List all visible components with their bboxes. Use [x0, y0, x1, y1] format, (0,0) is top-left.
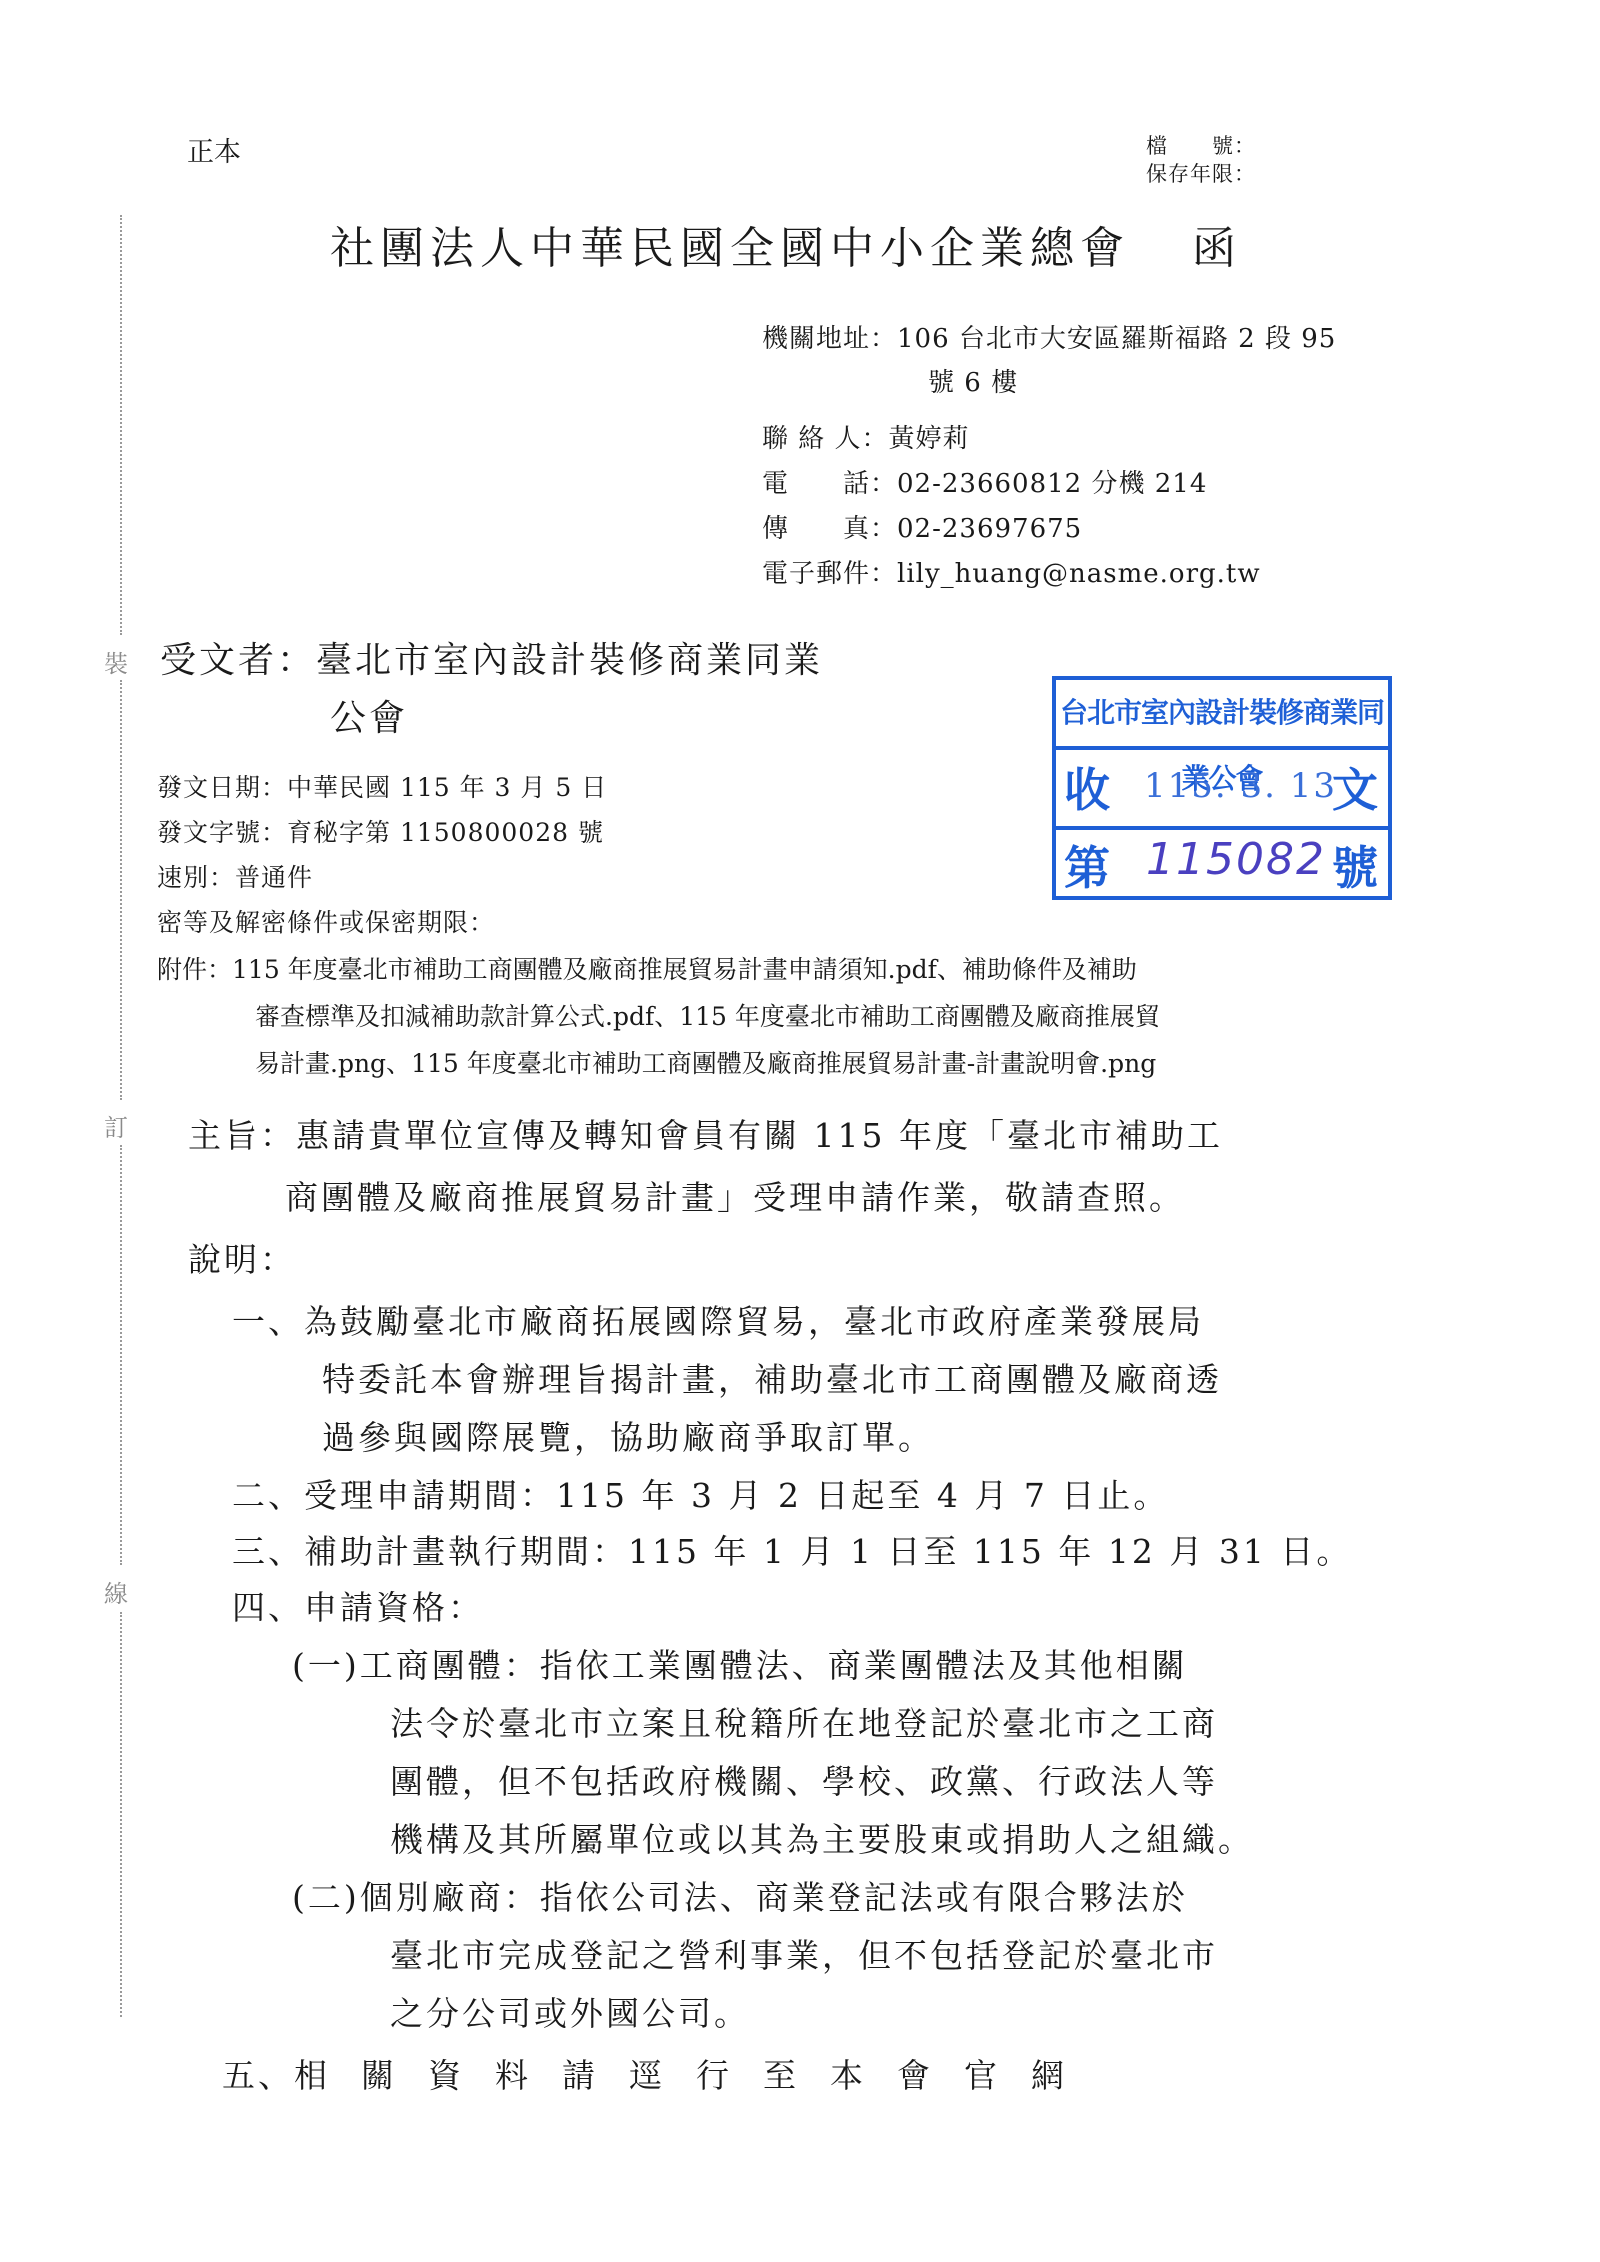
binding-line-segment: [120, 1612, 122, 2017]
attachments-row: 附件：115 年度臺北市補助工商團體及廠商推展貿易計畫申請須知.pdf、補助條件…: [157, 950, 1137, 986]
attachments-line[interactable]: 審查標準及扣減補助款計算公式.pdf、115 年度臺北市補助工商團體及廠商推展貿: [255, 997, 1160, 1033]
item-text: 相關資料請逕行至本會官網: [294, 2056, 1098, 2095]
stamp-number-row: 第 115082 號: [1056, 826, 1388, 896]
stamp-no-prefix: 第: [1064, 832, 1110, 898]
address-value: 106 台北市大安區羅斯福路 2 段 95: [897, 324, 1336, 354]
item-number: 一、: [232, 1302, 304, 1341]
sub-item-text: 臺北市完成登記之營利事業，但不包括登記於臺北市: [390, 1930, 1218, 1977]
attachments-label: 附件：: [157, 955, 232, 984]
sub-item-text: 個別廠商：指依公司法、商業登記法或有限合夥法於: [360, 1878, 1188, 1917]
binding-line-segment: [120, 680, 122, 1100]
explanation-label: 說明：: [188, 1234, 296, 1281]
binding-mark-ding: 訂: [104, 1108, 128, 1143]
address-label: 機關地址：: [762, 324, 897, 354]
sub-item-row: (一)工商團體：指依工業團體法、商業團體法及其他相關: [292, 1640, 1188, 1687]
fax-row: 傳 真：02-23697675: [762, 508, 1082, 545]
binding-mark-zhuang: 裝: [104, 644, 128, 679]
email-value[interactable]: lily_huang@nasme.org.tw: [897, 559, 1261, 589]
explanation-item-3: 三、補助計畫執行期間：115 年 1 月 1 日至 115 年 12 月 31 …: [232, 1526, 1352, 1573]
address-line2: 號 6 樓: [928, 362, 1018, 399]
document-title: 社團法人中華民國全國中小企業總會 函: [330, 212, 1242, 276]
item-text: 特委託本會辦理旨揭計畫，補助臺北市工商團體及廠商透: [322, 1354, 1222, 1401]
binding-mark-xian: 線: [104, 1574, 128, 1609]
stamp-organization: 台北市室內設計裝修商業同業公會: [1056, 680, 1388, 750]
sub-item-text: 機構及其所屬單位或以其為主要股東或捐助人之組織。: [390, 1814, 1254, 1861]
attachments-line[interactable]: 115 年度臺北市補助工商團體及廠商推展貿易計畫申請須知.pdf、補助條件及補助: [232, 955, 1137, 984]
sub-item-text: 之分公司或外國公司。: [390, 1988, 750, 2035]
phone-label: 電 話：: [762, 469, 897, 499]
receiver-label: 受文者：: [160, 640, 316, 681]
subject-row: 主旨：惠請貴單位宣傳及轉知會員有關 115 年度「臺北市補助工: [188, 1110, 1223, 1157]
file-number-label: 檔 號：: [1146, 132, 1256, 160]
contact-value: 黃婷莉: [889, 424, 970, 454]
contact-label: 聯 絡 人：: [762, 424, 889, 454]
item-number: 五、: [222, 2056, 294, 2095]
attachments-line[interactable]: 易計畫.png、115 年度臺北市補助工商團體及廠商推展貿易計畫-計畫說明會.p…: [255, 1044, 1156, 1080]
address-row: 機關地址：106 台北市大安區羅斯福路 2 段 95: [762, 318, 1336, 355]
item-text: 申請資格：: [304, 1588, 484, 1627]
issue-date: 發文日期：中華民國 115 年 3 月 5 日: [157, 768, 607, 804]
item-text: 補助計畫執行期間：115 年 1 月 1 日至 115 年 12 月 31 日。: [304, 1532, 1352, 1571]
item-text: 受理申請期間：115 年 3 月 2 日起至 4 月 7 日止。: [304, 1476, 1169, 1515]
stamp-received-char: 收: [1064, 754, 1110, 820]
document-type: 函: [1192, 223, 1242, 274]
receiver-row: 受文者：臺北市室內設計裝修商業同業: [160, 632, 823, 683]
item-number: 四、: [232, 1588, 304, 1627]
sub-item-number: (一): [292, 1646, 360, 1685]
delivery-speed: 速別：普通件: [157, 858, 313, 894]
secrecy-level: 密等及解密條件或保密期限：: [157, 903, 495, 939]
sub-item-text: 工商團體：指依工業團體法、商業團體法及其他相關: [360, 1646, 1188, 1685]
email-label: 電子郵件：: [762, 559, 897, 589]
copy-type-label: 正本: [187, 130, 241, 169]
item-number: 三、: [232, 1532, 304, 1571]
issue-number: 發文字號：育秘字第 1150800028 號: [157, 813, 604, 849]
item-text: 為鼓勵臺北市廠商拓展國際貿易，臺北市政府產業發展局: [304, 1302, 1204, 1341]
subject-text: 惠請貴單位宣傳及轉知會員有關 115 年度「臺北市補助工: [296, 1116, 1223, 1155]
subject-label: 主旨：: [188, 1116, 296, 1155]
email-row: 電子郵件：lily_huang@nasme.org.tw: [762, 553, 1261, 590]
item-text: 過參與國際展覽，協助廠商爭取訂單。: [322, 1412, 934, 1459]
received-stamp: 台北市室內設計裝修商業同業公會 收 115. 3. 13 文 第 115082 …: [1052, 676, 1392, 900]
fax-value: 02-23697675: [897, 514, 1082, 544]
stamp-date-row: 收 115. 3. 13 文: [1056, 746, 1388, 830]
stamp-no-suffix: 號: [1332, 832, 1378, 898]
explanation-item-5: 五、相關資料請逕行至本會官網: [222, 2050, 1098, 2097]
contact-row: 聯 絡 人：黃婷莉: [762, 418, 970, 455]
sub-item-text: 團體，但不包括政府機關、學校、政黨、行政法人等: [390, 1756, 1218, 1803]
phone-value: 02-23660812 分機 214: [897, 469, 1207, 499]
explanation-item-2: 二、受理申請期間：115 年 3 月 2 日起至 4 月 7 日止。: [232, 1470, 1169, 1517]
item-number: 二、: [232, 1476, 304, 1515]
sub-item-row: (二)個別廠商：指依公司法、商業登記法或有限合夥法於: [292, 1872, 1188, 1919]
stamp-document-char: 文: [1332, 754, 1378, 820]
explanation-item-4: 四、申請資格：: [232, 1582, 484, 1629]
receiver-value: 臺北市室內設計裝修商業同業: [316, 640, 823, 681]
item-row: 一、為鼓勵臺北市廠商拓展國際貿易，臺北市政府產業發展局: [232, 1296, 1204, 1343]
phone-row: 電 話：02-23660812 分機 214: [762, 463, 1207, 500]
stamp-date: 115. 3. 13: [1144, 766, 1337, 806]
sub-item-number: (二): [292, 1878, 360, 1917]
sub-item-text: 法令於臺北市立案且稅籍所在地登記於臺北市之工商: [390, 1698, 1218, 1745]
binding-line-segment: [120, 1145, 122, 1565]
issuing-organization: 社團法人中華民國全國中小企業總會: [330, 223, 1130, 274]
fax-label: 傳 真：: [762, 514, 897, 544]
retention-period-label: 保存年限：: [1146, 160, 1256, 188]
subject-text-line2: 商團體及廠商推展貿易計畫」受理申請作業，敬請查照。: [285, 1172, 1185, 1219]
receiver-line2: 公會: [330, 690, 408, 741]
stamp-received-number: 115082: [1146, 834, 1326, 885]
binding-line-segment: [120, 215, 122, 635]
